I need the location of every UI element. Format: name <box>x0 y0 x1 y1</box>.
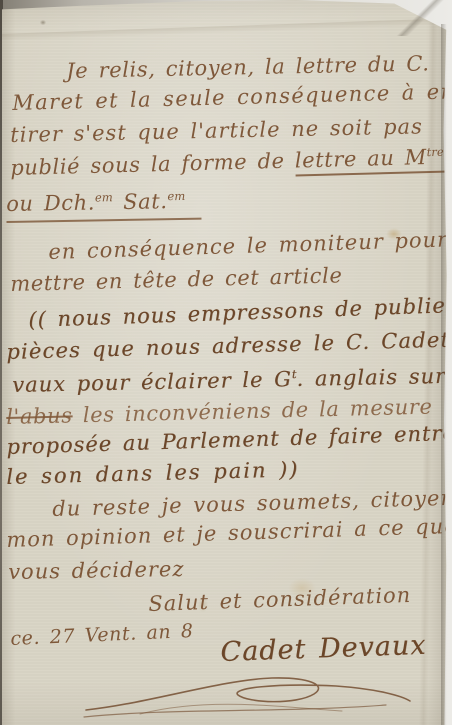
paper-right-edge-shadow <box>441 24 448 725</box>
abbreviation-text: ou Dch. <box>6 190 95 216</box>
signature: Cadet Devaux <box>220 631 427 668</box>
closing-salutation: Salut et considération <box>148 584 412 616</box>
superscript-abbreviation: em <box>167 189 185 203</box>
signature-flourish <box>80 668 420 722</box>
letter-line-13: le son dans les pain )) <box>6 458 300 489</box>
underlined-phrase-text: lettre au M <box>295 145 428 172</box>
letter-line-10-text: vaux pour éclairer le G <box>12 367 292 397</box>
letter-paper: Je relis, citoyen, la lettre du C. Maret… <box>2 0 448 725</box>
letter-line-05: ou Dch.em Sat.em <box>6 190 202 216</box>
letter-line-08: (( nous nous empressons de publier les <box>28 293 452 333</box>
letter-line-03: tirer s'est que l'article ne soit pas <box>10 115 423 147</box>
letter-line-02: Maret et la seule conséquence à en <box>12 80 452 115</box>
letter-line-01: Je relis, citoyen, la lettre du C. <box>66 52 430 83</box>
paper-crease-right <box>419 0 438 725</box>
letter-line-16: vous déciderez <box>8 558 185 584</box>
letter-line-09: pièces que nous adresse le C. Cadet de <box>6 328 452 365</box>
underlined-phrase: ou Dch.em Sat.em <box>6 189 202 223</box>
letter-line-06: en conséquence le moniteur pourrait <box>48 227 452 264</box>
underlined-phrase: lettre au Mtre <box>295 145 445 177</box>
letter-line-07: mettre en tête de cet article <box>10 264 343 296</box>
date-line: ce. 27 Vent. an 8 <box>10 621 194 650</box>
abbreviation-text: Sat. <box>113 189 168 214</box>
letter-line-04: publié sous la forme de lettre au Mtre <box>10 146 444 180</box>
struck-out-word: l'abus <box>6 403 73 429</box>
paper-stain <box>40 20 46 25</box>
scanned-letter: Je relis, citoyen, la lettre du C. Maret… <box>0 0 452 725</box>
letter-line-04-plain: publié sous la forme de <box>10 149 295 180</box>
letter-line-10: vaux pour éclairer le Gt. anglais sur <box>12 365 446 397</box>
superscript-abbreviation: em <box>95 190 113 204</box>
letter-line-10-text: . anglais sur <box>296 364 446 391</box>
